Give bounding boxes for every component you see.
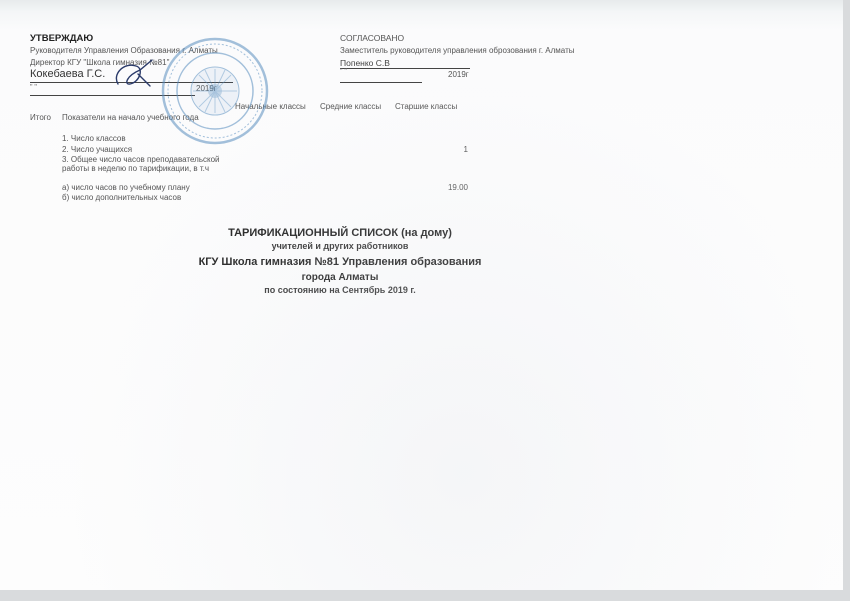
indicator-row: б) число дополнительных часов [62,193,181,202]
document-subtitle: учителей и других работников [0,241,680,251]
indicator-value: 1 [418,145,468,154]
indicator-value: 19.00 [418,183,468,192]
approval-signatory-name: Кокебаева Г.С. [30,68,105,80]
agreement-position: Заместитель руководителя управления обро… [340,46,574,55]
agreement-year: 2019г [448,70,469,79]
agreement-date-placeholder: " " [340,68,347,75]
organization-name: КГУ Школа гимназия №81 Управления образо… [0,256,680,268]
indicator-row: работы в неделю по тарификации, в т.ч [62,164,209,173]
document-title: ТАРИФИКАЦИОННЫЙ СПИСОК (на дому) [0,227,680,239]
column-middle-classes: Средние классы [320,102,381,111]
agreement-date-line [340,82,422,83]
total-label: Итого [30,113,51,122]
agreement-signature-line [340,68,470,69]
indicator-row: 1. Число классов [62,134,126,143]
document-date: по состоянию на Сентябрь 2019 г. [0,285,680,295]
agreement-title: СОГЛАСОВАНО [340,33,404,43]
indicator-row: а) число часов по учебному плану [62,183,190,192]
official-stamp-icon [160,36,270,146]
organization-city: города Алматы [0,272,680,283]
column-senior-classes: Старшие классы [395,102,457,111]
agreement-signatory-name: Попенко С.В [340,58,390,68]
approval-date-placeholder: " " [30,84,37,91]
scanned-page: УТВЕРЖДАЮ Руководителя Управления Образо… [0,0,843,590]
signature-icon [110,56,160,90]
indicator-row: 3. Общее число часов преподавательской [62,155,220,164]
approval-title: УТВЕРЖДАЮ [30,33,93,44]
indicator-row: 2. Число учащихся [62,145,132,154]
